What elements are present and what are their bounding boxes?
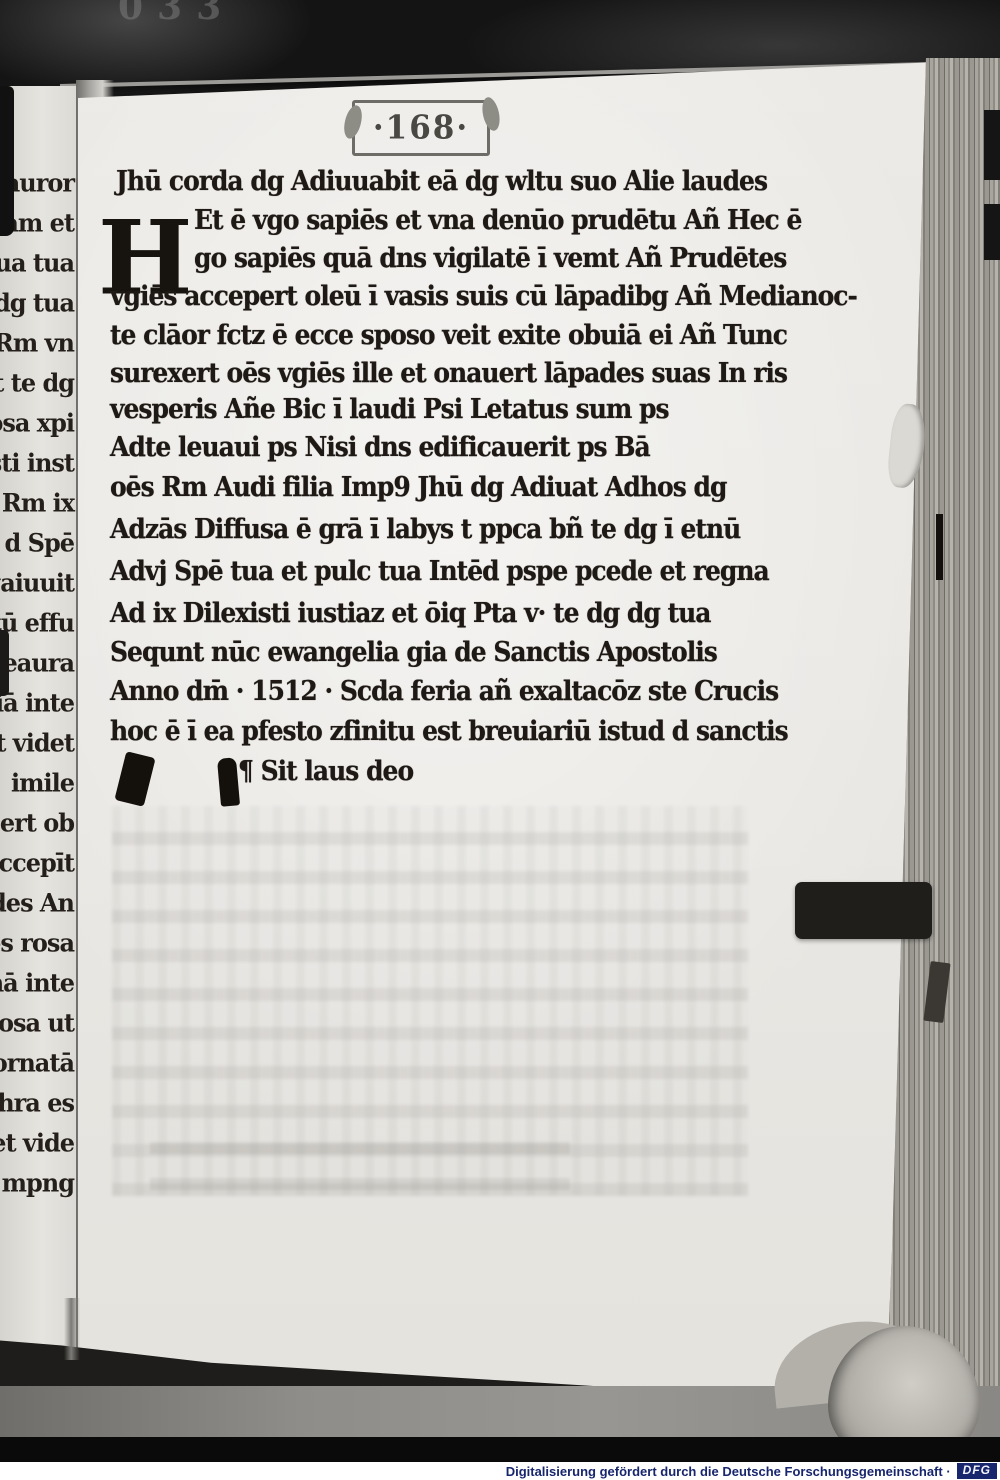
facing-page-fragment: o d Spē xyxy=(0,527,74,558)
facing-page-fragment: mpng xyxy=(2,1167,74,1198)
caption-text: Digitalisierung gefördert durch die Deut… xyxy=(506,1464,951,1479)
folio-number-box: ·168· xyxy=(352,100,490,156)
manuscript-line: Advj Spē tua et pulc tua Intēd pspe pced… xyxy=(110,555,769,587)
facing-page-fragment: udes An xyxy=(0,887,74,918)
manuscript-line: surexert oēs vgiēs ille et onauert lāpad… xyxy=(110,357,787,389)
facing-page-fragment: d Rm vn xyxy=(0,327,74,358)
facing-page-fragment: xisti inst xyxy=(0,447,74,478)
manuscript-line: vgiēs accepert oleū ī vasis suis cū lāpa… xyxy=(110,280,857,312)
page-clamp xyxy=(795,882,932,939)
manuscript-line: Sequnt nūc ewangelia gia de Sanctis Apos… xyxy=(110,636,717,668)
bleedthrough-text xyxy=(150,1120,570,1190)
facing-page-fragment: gaiuuit xyxy=(0,567,74,598)
facing-page-fragment: posa xpi xyxy=(0,407,74,438)
folio-number: ·168· xyxy=(373,109,469,147)
facing-page-fragment: imile xyxy=(11,767,74,798)
manuscript-line: te clāor fctz ē ecce sposo veit exite ob… xyxy=(110,319,787,351)
facing-page-fragment: az Rm ix xyxy=(0,487,74,518)
facing-page-fragment: et vide xyxy=(0,1127,74,1158)
facing-page-fragment: nā inte xyxy=(0,967,74,998)
facing-page-fragment: et videt xyxy=(0,727,74,758)
facing-page-fragment: enosa ut xyxy=(0,1007,74,1038)
dfg-caption-bar: Digitalisierung gefördert durch die Deut… xyxy=(0,1462,1000,1480)
facing-page-fragment: chra es xyxy=(0,1087,74,1118)
manuscript-line: go sapiēs quā dns vigilatē ī vemt Añ Pru… xyxy=(194,242,786,274)
manuscript-line: vesperis Añe Bic ī laudi Psi Letatus sum… xyxy=(110,393,669,425)
facing-page-fragment: accepīt xyxy=(0,847,74,878)
photo-shadow xyxy=(0,86,14,236)
folio-flourish xyxy=(341,104,365,141)
facing-page-fragment: ietū effu xyxy=(0,607,74,638)
dfg-logo: DFG xyxy=(957,1463,997,1479)
manuscript-line: Jhū corda dg Adiuuabit eā dg wltu suo Al… xyxy=(116,165,767,197)
facing-page-fragment: oriā inte xyxy=(0,687,74,718)
manuscript-line: oēs Rm Audi filia Imp9 Jhū dg Adiuat Adh… xyxy=(110,471,726,503)
folio-flourish xyxy=(480,96,503,133)
fore-edge-notch xyxy=(984,110,1000,180)
manuscript-line: hoc ē ī ea pfesto zfinitu est breuiariū … xyxy=(110,715,788,747)
ink-blot xyxy=(114,751,155,807)
manuscript-line: Ad ix Dilexisti iustiaz et ōiq Pta v· te… xyxy=(110,597,711,629)
facing-page-fragment: ert ob xyxy=(0,807,74,838)
facing-page-fragment: te dg dg tua xyxy=(0,287,74,318)
photo-shadow xyxy=(0,630,9,696)
facing-page-edge: de aurorvitam etdextua tuate dg dg tuad … xyxy=(0,86,76,1362)
manuscript-line: Adzās Diffusa ē grā ī labys t ppca bñ te… xyxy=(110,513,740,545)
fore-edge-notch xyxy=(984,204,1000,260)
archival-mark: 033 xyxy=(118,0,235,28)
manuscript-line: ¶ Sit laus deo xyxy=(238,755,413,787)
facing-page-fragment: dextua tua xyxy=(0,247,74,278)
manuscript-page: ·168· H Jhū corda dg Adiuuabit eā dg wlt… xyxy=(0,0,1000,1480)
facing-page-fragment: ores rosa xyxy=(0,927,74,958)
facing-page-fragment: u deaura xyxy=(0,647,74,678)
manuscript-line: Anno dm̄ · 1512 · Scda feria añ exaltacō… xyxy=(110,675,778,707)
facing-page-fragment: xit te dg xyxy=(0,367,74,398)
bookmark-ribbon xyxy=(936,514,943,580)
gutter-crease xyxy=(64,1298,80,1360)
photo-border xyxy=(0,1437,1000,1462)
manuscript-line: Adte leuaui ps Nisi dns edificauerit ps … xyxy=(110,431,650,463)
facing-page-fragment: ornatā xyxy=(0,1047,74,1078)
ink-blot xyxy=(217,757,240,806)
digitized-manuscript-photo: 033 de aurorvitam etdextua tuate dg dg t… xyxy=(0,0,1000,1480)
manuscript-line: Et ē vgo sapiēs et vna denūo prudētu Añ … xyxy=(194,204,801,236)
